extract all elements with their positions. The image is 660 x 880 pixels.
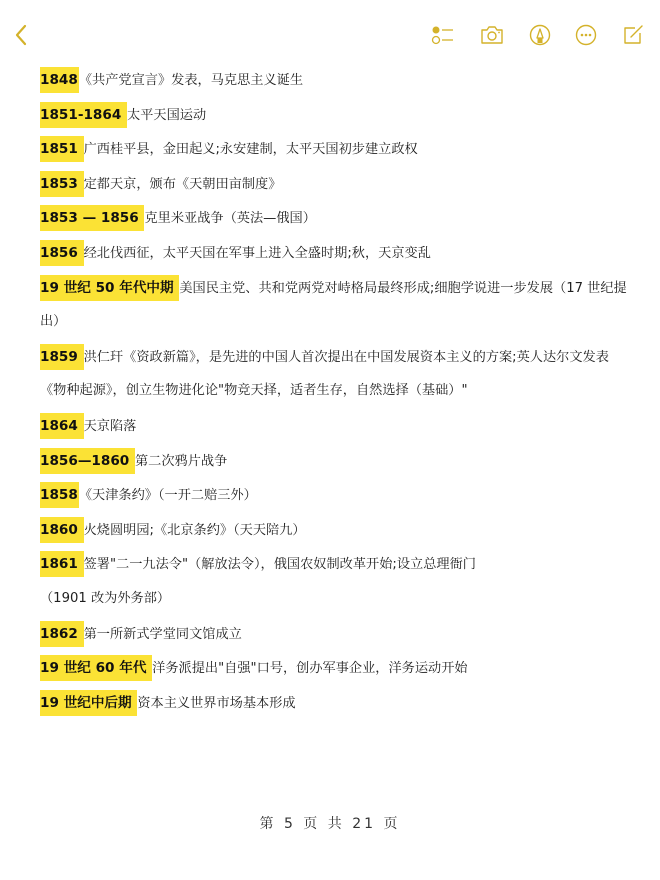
toolbar [0, 0, 660, 70]
timeline-entry: 19 世纪中后期 资本主义世界市场基本形成 [40, 686, 630, 721]
date-highlight: 1856 [40, 240, 84, 266]
date-highlight: 1856—1860 [40, 448, 135, 474]
entry-text: 太平天国运动 [127, 108, 206, 123]
timeline-entry: 1856 经北伐西征，太平天国在军事上进入全盛时期;秋，天京变乱 [40, 236, 630, 271]
entry-text: 第一所新式学堂同文馆成立 [84, 627, 242, 642]
date-highlight: 19 世纪 50 年代中期 [40, 275, 179, 301]
timeline-entry: 1864 天京陷落 [40, 409, 630, 444]
date-highlight: 19 世纪中后期 [40, 690, 137, 716]
timeline-entry-continuation: 《物种起源》，创立生物进化论"物竞天择，适者生存，自然选择（基础）" [40, 374, 630, 409]
entry-text: 经北伐西征，太平天国在军事上进入全盛时期;秋，天京变乱 [84, 246, 431, 261]
entry-text: 第二次鸦片战争 [135, 454, 227, 469]
entry-text: 天京陷落 [84, 419, 137, 434]
entry-text: 洪仁玕《资政新篇》，是先进的中国人首次提出在中国发展资本主义的方案;英人达尔文发… [84, 350, 609, 365]
entry-text: 广西桂平县，金田起义;永安建制，太平天国初步建立政权 [84, 142, 418, 157]
entry-text: 签署"二一九法令"（解放法令），俄国农奴制改革开始;设立总理衙门 [84, 557, 476, 572]
markup-pen-icon[interactable] [527, 22, 553, 48]
timeline-entry-continuation: 出） [40, 305, 630, 340]
timeline-entry: 19 世纪 60 年代 洋务派提出"自强"口号，创办军事企业，洋务运动开始 [40, 651, 630, 686]
entry-text: （1901 改为外务部） [40, 591, 170, 606]
date-highlight: 1848 [40, 67, 79, 93]
checklist-icon[interactable] [430, 22, 456, 48]
entry-text: 资本主义世界市场基本形成 [137, 696, 295, 711]
entry-text: 克里米亚战争（英法—俄国） [144, 211, 315, 226]
entry-text: 出） [40, 314, 66, 329]
timeline-entry: 1859 洪仁玕《资政新篇》，是先进的中国人首次提出在中国发展资本主义的方案;英… [40, 340, 630, 375]
camera-icon[interactable] [479, 22, 505, 48]
date-highlight: 1858 [40, 482, 79, 508]
timeline-entry: 1862 第一所新式学堂同文馆成立 [40, 617, 630, 652]
page-indicator: 第 5 页 共 21 页 [0, 813, 660, 833]
note-content[interactable]: 1848《共产党宣言》发表，马克思主义诞生 1851-1864 太平天国运动 1… [40, 63, 630, 720]
entry-text: 美国民主党、共和党两党对峙格局最终形成;细胞学说进一步发展（17 世纪提 [179, 281, 626, 296]
date-highlight: 1861 [40, 551, 84, 577]
back-icon[interactable] [8, 22, 34, 48]
timeline-entry-continuation: （1901 改为外务部） [40, 582, 630, 617]
entry-text: 定都天京，颁布《天朝田亩制度》 [84, 177, 282, 192]
entry-text: 《物种起源》，创立生物进化论"物竞天择，适者生存，自然选择（基础）" [40, 383, 468, 398]
date-highlight: 1862 [40, 621, 84, 647]
entry-text: 《共产党宣言》发表，马克思主义诞生 [79, 73, 303, 88]
more-icon[interactable] [573, 22, 599, 48]
date-highlight: 1859 [40, 344, 84, 370]
date-highlight: 1851 [40, 136, 84, 162]
entry-text: 火烧圆明园;《北京条约》（天天陪九） [84, 523, 306, 538]
timeline-entry: 1861 签署"二一九法令"（解放法令），俄国农奴制改革开始;设立总理衙门 [40, 547, 630, 582]
timeline-entry: 1856—1860 第二次鸦片战争 [40, 444, 630, 479]
entry-text: 洋务派提出"自强"口号，创办军事企业，洋务运动开始 [152, 661, 467, 676]
timeline-entry: 1858《天津条约》（一开二赔三外） [40, 478, 630, 513]
compose-icon[interactable] [620, 22, 646, 48]
entry-text: 《天津条约》（一开二赔三外） [79, 488, 257, 503]
date-highlight: 1853 [40, 171, 84, 197]
timeline-entry: 19 世纪 50 年代中期 美国民主党、共和党两党对峙格局最终形成;细胞学说进一… [40, 271, 630, 306]
timeline-entry: 1853 — 1856 克里米亚战争（英法—俄国） [40, 201, 630, 236]
date-highlight: 1860 [40, 517, 84, 543]
date-highlight: 1853 — 1856 [40, 205, 144, 231]
date-highlight: 1851-1864 [40, 102, 127, 128]
date-highlight: 19 世纪 60 年代 [40, 655, 152, 681]
timeline-entry: 1860 火烧圆明园;《北京条约》（天天陪九） [40, 513, 630, 548]
timeline-entry: 1851-1864 太平天国运动 [40, 98, 630, 133]
timeline-entry: 1851 广西桂平县，金田起义;永安建制，太平天国初步建立政权 [40, 132, 630, 167]
timeline-entry: 1848《共产党宣言》发表，马克思主义诞生 [40, 63, 630, 98]
date-highlight: 1864 [40, 413, 84, 439]
timeline-entry: 1853 定都天京，颁布《天朝田亩制度》 [40, 167, 630, 202]
